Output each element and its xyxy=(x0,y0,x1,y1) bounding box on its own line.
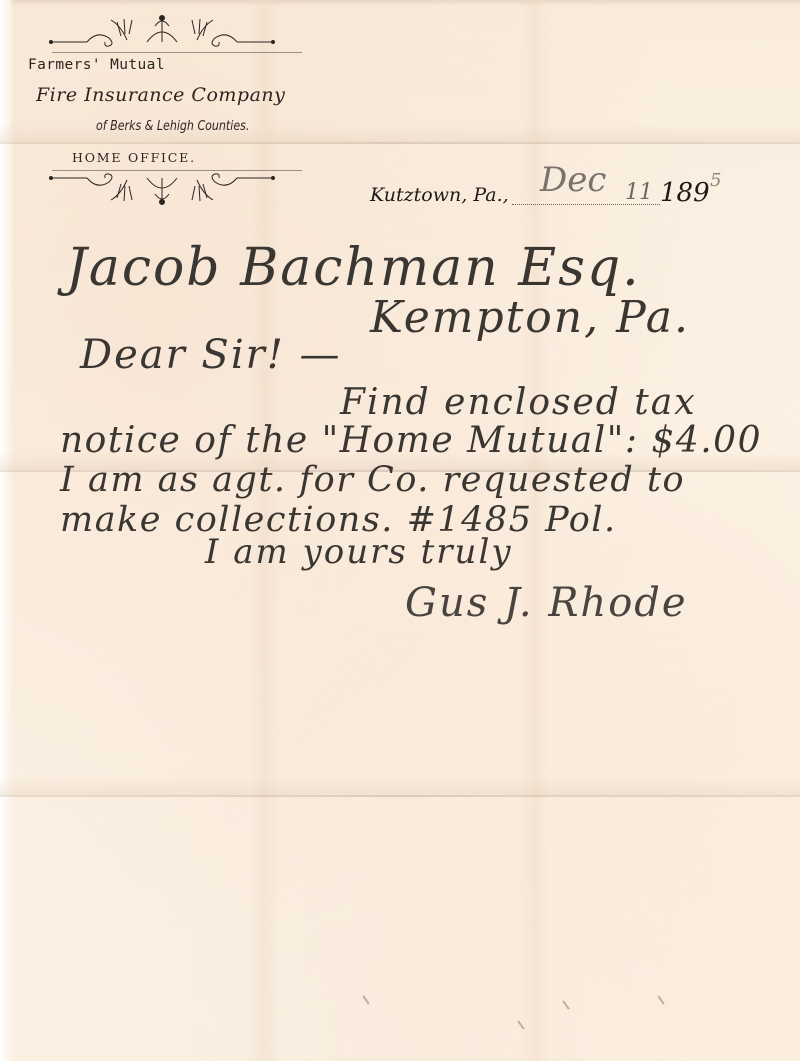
body-line-2: notice of the "Home Mutual": $4.00 xyxy=(60,420,762,461)
addressee-name: Jacob Bachman Esq. xyxy=(66,238,641,298)
signature: Gus J. Rhode xyxy=(405,580,688,626)
paper-blemish xyxy=(657,995,664,1004)
body-line-3: I am as agt. for Co. requested to xyxy=(60,460,685,500)
company-name-line2: Fire Insurance Company xyxy=(36,84,285,106)
ornament-bottom-icon xyxy=(47,172,277,208)
paper-top-edge xyxy=(0,0,800,6)
paper-blemish xyxy=(562,1000,569,1009)
date-year-handwritten: 5 xyxy=(710,170,721,191)
horizontal-fold xyxy=(0,142,800,144)
dateline-place: Kutztown, Pa., xyxy=(370,184,509,206)
letterhead-rule xyxy=(52,52,302,53)
letter-page: Farmers' Mutual Fire Insurance Company o… xyxy=(0,0,800,1061)
ornament-top-icon xyxy=(47,12,277,48)
salutation: Dear Sir! — xyxy=(80,332,342,378)
date-year-printed: 189 xyxy=(660,178,710,208)
letterhead-rule xyxy=(52,170,302,171)
company-counties: of Berks & Lehigh Counties. xyxy=(96,119,249,134)
home-office-label: HOME OFFICE. xyxy=(72,150,196,165)
fold-shadow xyxy=(0,777,800,795)
horizontal-fold xyxy=(0,795,800,797)
date-month: Dec xyxy=(540,160,606,200)
date-day: 11 xyxy=(625,180,653,205)
paper-blemish xyxy=(362,995,369,1004)
body-line-1: Find enclosed tax xyxy=(340,382,697,423)
company-name-line1: Farmers' Mutual xyxy=(28,57,165,73)
addressee-place: Kempton, Pa. xyxy=(370,292,690,343)
closing: I am yours truly xyxy=(205,532,513,572)
paper-left-edge xyxy=(0,0,14,1061)
